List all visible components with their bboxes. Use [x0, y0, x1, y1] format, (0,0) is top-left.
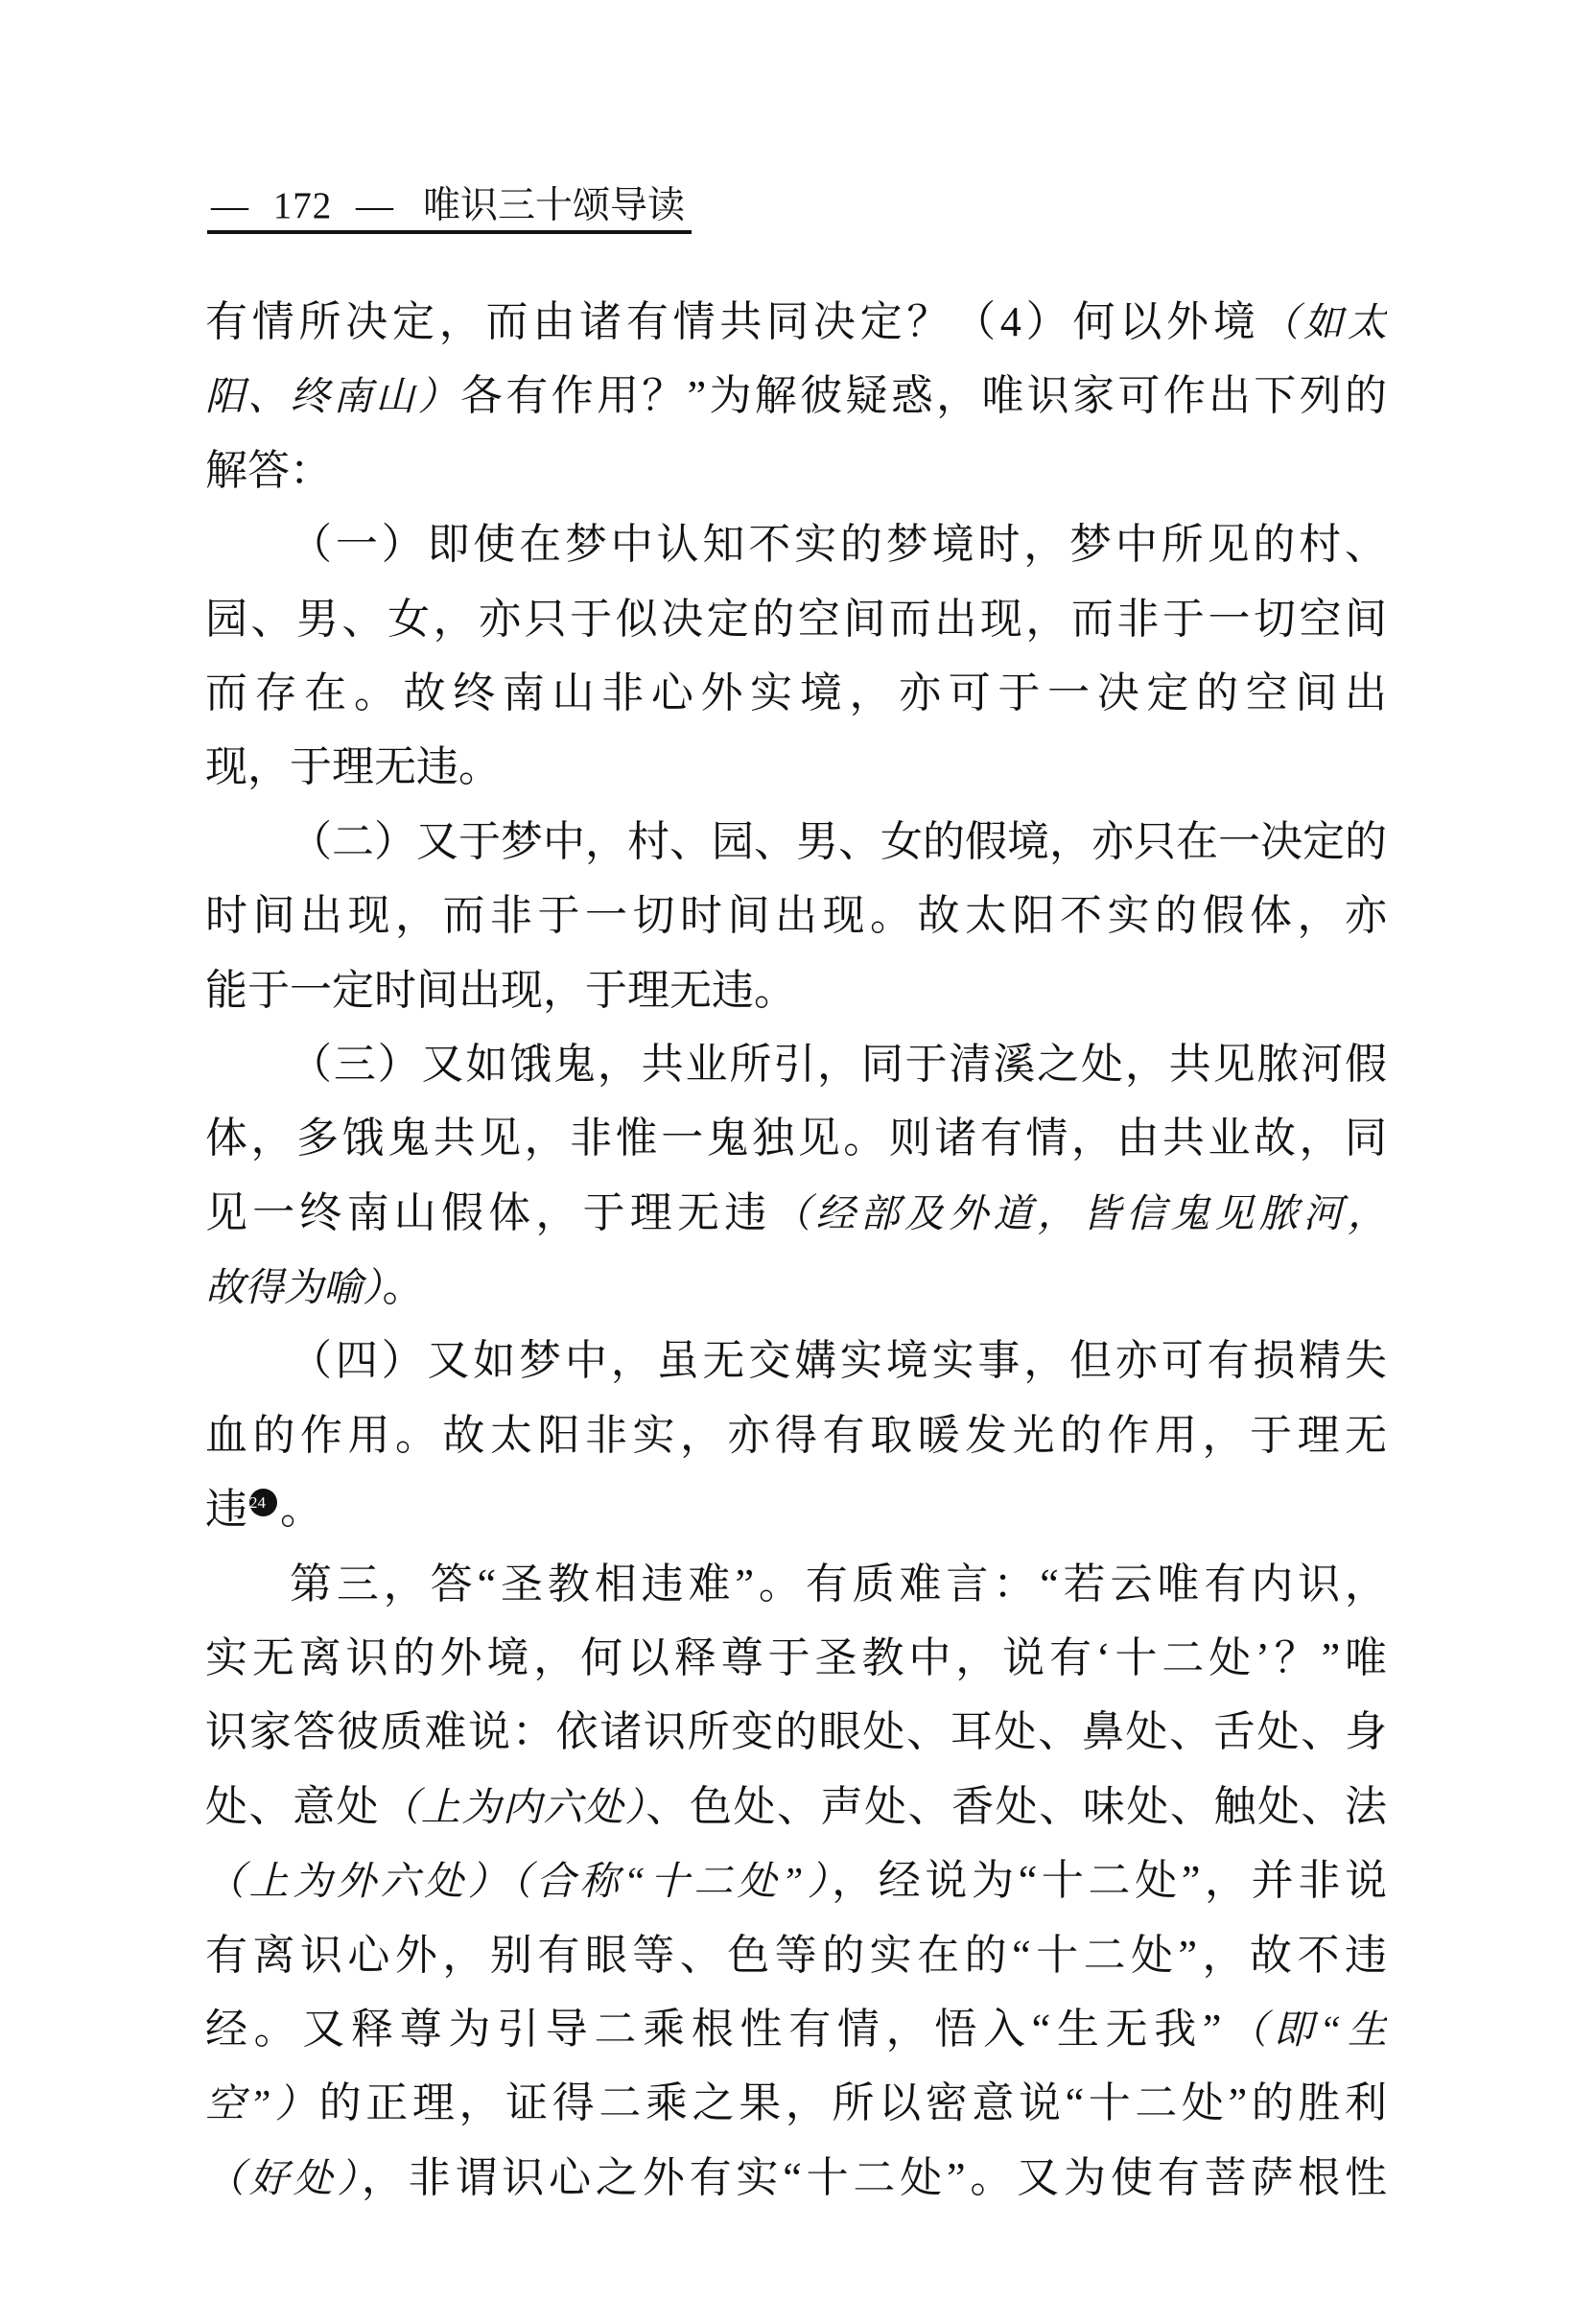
- text-segment-kai: （如太: [1259, 300, 1387, 344]
- text-segment-kai: （好处）: [205, 2156, 362, 2200]
- text-line: 见一终南山假体，于理无违（经部及外道，皆信鬼见脓河，: [205, 1176, 1387, 1250]
- text-segment: 解答：: [205, 447, 332, 494]
- text-segment: 有情所决定，而由诸有情共同决定？（4）何以外境: [205, 298, 1259, 345]
- page-header: — 172 —唯识三十颂导读: [211, 185, 685, 227]
- text-segment: （一）即使在梦中认知不实的梦境时，梦中所见的村、: [290, 521, 1387, 568]
- text-line: 而存在。故终南山非心外实境，亦可于一决定的空间出: [205, 656, 1387, 730]
- text-line: 处、意处（上为内六处）、色处、声处、香处、味处、触处、法处: [205, 1770, 1387, 1843]
- text-segment: 处、意处: [205, 1783, 380, 1830]
- text-segment: 时间出现，而非于一切时间出现。故太阳不实的假体，亦: [205, 892, 1387, 939]
- text-line: 实无离识的外境，何以释尊于圣教中，说有‘十二处’？”唯: [205, 1621, 1387, 1695]
- text-line: 阳、终南山）各有作用？”为解彼疑惑，唯识家可作出下列的: [205, 359, 1387, 433]
- text-segment: 经。又释尊为引导二乘根性有情，悟入“生无我”: [205, 2006, 1221, 2053]
- text-segment: 识家答彼质难说：依诸识所变的眼处、耳处、鼻处、舌处、身: [205, 1708, 1387, 1755]
- text-line: 第三，答“圣教相违难”。有质难言：“若云唯有内识，: [205, 1547, 1387, 1621]
- text-segment: 实无离识的外境，何以释尊于圣教中，说有‘十二处’？”唯: [205, 1634, 1387, 1681]
- text-segment: ，非谓识心之外有实“十二处”。又为使有菩萨根性: [362, 2154, 1387, 2201]
- book-page: — 172 —唯识三十颂导读 有情所决定，而由诸有情共同决定？（4）何以外境（如…: [0, 0, 1596, 2301]
- text-segment: 。: [280, 1486, 322, 1533]
- text-line: （好处），非谓识心之外有实“十二处”。又为使有菩萨根性: [205, 2141, 1387, 2215]
- text-segment: 各有作用？”为解彼疑惑，唯识家可作出下列的: [460, 372, 1387, 419]
- text-line: 时间出现，而非于一切时间出现。故太阳不实的假体，亦: [205, 879, 1387, 952]
- text-segment-kai: （经部及外道，皆信鬼见脓河，: [771, 1191, 1387, 1235]
- text-line: （上为外六处）（合称“十二处”），经说为“十二处”，并非说: [205, 1843, 1387, 1917]
- header-rule: [207, 230, 692, 234]
- text-segment: （四）又如梦中，虽无交媾实境实事，但亦可有损精失: [290, 1337, 1387, 1384]
- text-segment-kai: 阳、终南山）: [205, 374, 460, 418]
- text-segment: （三）又如饿鬼，共业所引，同于清溪之处，共见脓河假: [290, 1041, 1387, 1088]
- text-line: （三）又如饿鬼，共业所引，同于清溪之处，共见脓河假: [205, 1027, 1387, 1101]
- text-segment: 第三，答“圣教相违难”。有质难言：“若云唯有内识，: [290, 1561, 1387, 1608]
- text-segment: 现，于理无违。: [205, 743, 501, 790]
- text-segment-kai: （上为外六处）（合称“十二处”）: [205, 1859, 832, 1903]
- text-segment: 而存在。故终南山非心外实境，亦可于一决定的空间出: [205, 669, 1387, 716]
- text-line: （四）又如梦中，虽无交媾实境实事，但亦可有损精失: [205, 1324, 1387, 1397]
- text-line: 体，多饿鬼共见，非惟一鬼独见。则诸有情，由共业故，同: [205, 1101, 1387, 1175]
- text-line: 故得为喻）。: [205, 1250, 1387, 1324]
- text-segment: 园、男、女，亦只于似决定的空间而出现，而非于一切空间: [205, 596, 1387, 643]
- text-segment-kai: （即“生: [1221, 2008, 1387, 2052]
- footnote-ref: 24: [249, 1489, 277, 1516]
- text-line: 有离识心外，别有眼等、色等的实在的“十二处”，故不违: [205, 1918, 1387, 1992]
- text-line: 违24。: [205, 1472, 1387, 1546]
- text-line: 能于一定时间出现，于理无违。: [205, 953, 1387, 1027]
- text-line: 空”）的正理，证得二乘之果，所以密意说“十二处”的胜利: [205, 2066, 1387, 2140]
- text-line: 血的作用。故太阳非实，亦得有取暖发光的作用，于理无: [205, 1398, 1387, 1472]
- text-segment: 能于一定时间出现，于理无违。: [205, 967, 796, 1014]
- page-number: — 172 —: [211, 185, 394, 227]
- text-segment-kai: 空”）: [205, 2081, 319, 2125]
- text-segment-kai: （上为内六处）: [380, 1785, 645, 1829]
- text-line: （一）即使在梦中认知不实的梦境时，梦中所见的村、: [205, 507, 1387, 581]
- text-line: 经。又释尊为引导二乘根性有情，悟入“生无我”（即“生: [205, 1992, 1387, 2066]
- text-line: （二）又于梦中，村、园、男、女的假境，亦只在一决定的: [205, 805, 1387, 879]
- text-line: 识家答彼质难说：依诸识所变的眼处、耳处、鼻处、舌处、身: [205, 1695, 1387, 1769]
- text-segment: 见一终南山假体，于理无违: [205, 1189, 771, 1236]
- text-segment: 有离识心外，别有眼等、色等的实在的“十二处”，故不违: [205, 1932, 1387, 1979]
- text-segment: 血的作用。故太阳非实，亦得有取暖发光的作用，于理无: [205, 1412, 1387, 1459]
- text-segment: 的正理，证得二乘之果，所以密意说“十二处”的胜利: [319, 2079, 1387, 2126]
- text-line: 现，于理无违。: [205, 730, 1387, 804]
- running-title: 唯识三十颂导读: [423, 185, 685, 227]
- text-line: 解答：: [205, 434, 1387, 507]
- text-line: 园、男、女，亦只于似决定的空间而出现，而非于一切空间: [205, 582, 1387, 656]
- text-line: 有情所决定，而由诸有情共同决定？（4）何以外境（如太: [205, 285, 1387, 359]
- text-segment: （二）又于梦中，村、园、男、女的假境，亦只在一决定的: [290, 818, 1387, 865]
- text-segment-kai: 故得为喻）: [205, 1265, 383, 1309]
- text-segment: 违: [205, 1486, 247, 1533]
- text-segment: 。: [383, 1263, 425, 1310]
- text-segment: 体，多饿鬼共见，非惟一鬼独见。则诸有情，由共业故，同: [205, 1115, 1387, 1162]
- page-body: 有情所决定，而由诸有情共同决定？（4）何以外境（如太阳、终南山）各有作用？”为解…: [205, 285, 1387, 2215]
- text-segment: ，经说为“十二处”，并非说: [832, 1857, 1387, 1904]
